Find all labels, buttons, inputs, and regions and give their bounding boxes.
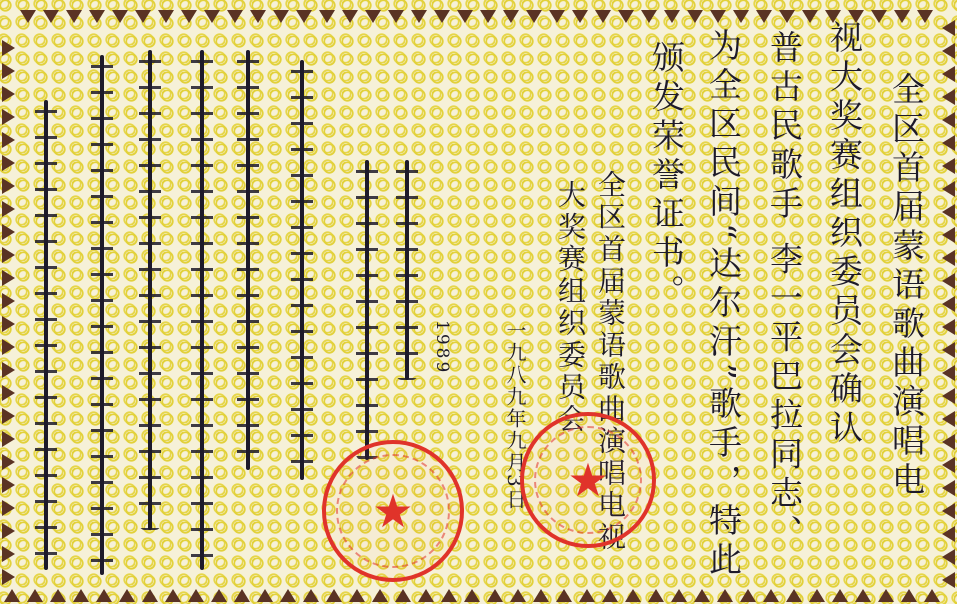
border-triangle — [2, 247, 15, 263]
chinese-column-1: 全区首届蒙语歌曲演唱电 — [890, 72, 923, 501]
border-triangle — [579, 589, 595, 602]
border-triangle — [942, 227, 955, 243]
border-triangle — [2, 385, 15, 401]
border-triangle — [273, 10, 289, 23]
border-triangle — [464, 589, 480, 602]
border-triangle — [641, 10, 657, 23]
border-triangle — [942, 526, 955, 542]
border-triangle — [942, 112, 955, 128]
border-triangle — [2, 201, 15, 217]
border-triangle — [924, 589, 940, 602]
border-triangle — [917, 10, 933, 23]
border-triangle — [204, 10, 220, 23]
border-triangle — [878, 589, 894, 602]
border-triangle — [20, 10, 36, 23]
border-triangle — [648, 589, 664, 602]
border-triangle — [549, 10, 565, 23]
right-border — [942, 20, 955, 588]
border-triangle — [395, 589, 411, 602]
border-triangle — [303, 589, 319, 602]
border-triangle — [441, 589, 457, 602]
border-triangle — [2, 109, 15, 125]
star-icon: ★ — [372, 488, 413, 534]
mongolian-column-1 — [300, 60, 304, 480]
border-triangle — [942, 204, 955, 220]
border-triangle — [165, 589, 181, 602]
border-triangle — [2, 293, 15, 309]
border-triangle — [942, 66, 955, 82]
border-triangle — [687, 10, 703, 23]
chinese-column-2: 视大奖赛组织委员会确认 — [828, 20, 861, 449]
mongolian-issuer-column-2 — [365, 160, 369, 460]
border-triangle — [740, 589, 756, 602]
border-triangle — [66, 10, 82, 23]
border-triangle — [96, 589, 112, 602]
border-triangle — [625, 589, 641, 602]
border-triangle — [227, 10, 243, 23]
border-triangle — [326, 589, 342, 602]
border-triangle — [388, 10, 404, 23]
border-triangle — [73, 589, 89, 602]
border-triangle — [942, 388, 955, 404]
mongolian-column-5 — [100, 55, 104, 575]
border-triangle — [664, 10, 680, 23]
border-triangle — [942, 135, 955, 151]
border-triangle — [2, 362, 15, 378]
border-triangle — [779, 10, 795, 23]
mongolian-column-4 — [148, 50, 152, 530]
border-triangle — [487, 589, 503, 602]
border-triangle — [411, 10, 427, 23]
border-triangle — [602, 589, 618, 602]
border-triangle — [2, 316, 15, 332]
mongolian-date: 1989 — [432, 320, 452, 375]
border-triangle — [342, 10, 358, 23]
border-triangle — [595, 10, 611, 23]
border-triangle — [942, 411, 955, 427]
chinese-column-3: 普古民歌手 李一平巴拉同志、 — [768, 30, 801, 554]
border-triangle — [717, 589, 733, 602]
border-triangle — [181, 10, 197, 23]
border-triangle — [27, 589, 43, 602]
border-triangle — [135, 10, 151, 23]
border-triangle — [2, 178, 15, 194]
bottom-border — [4, 589, 940, 602]
border-triangle — [942, 296, 955, 312]
border-triangle — [142, 589, 158, 602]
border-triangle — [418, 589, 434, 602]
border-triangle — [457, 10, 473, 23]
border-triangle — [296, 10, 312, 23]
border-triangle — [942, 503, 955, 519]
border-triangle — [510, 589, 526, 602]
border-triangle — [112, 10, 128, 23]
border-triangle — [2, 339, 15, 355]
top-border — [20, 10, 933, 23]
border-triangle — [694, 589, 710, 602]
chinese-column-4: 为全区民间“达尔汗”歌手，特此 — [707, 28, 740, 581]
border-triangle — [942, 480, 955, 496]
border-triangle — [503, 10, 519, 23]
border-triangle — [871, 10, 887, 23]
border-triangle — [942, 20, 955, 36]
border-triangle — [618, 10, 634, 23]
border-triangle — [942, 572, 955, 588]
border-triangle — [2, 454, 15, 470]
border-triangle — [257, 589, 273, 602]
border-triangle — [4, 589, 20, 602]
issuer-column-2: 大奖赛组织委员会 — [556, 180, 584, 436]
border-triangle — [2, 500, 15, 516]
border-triangle — [802, 10, 818, 23]
border-triangle — [2, 40, 15, 56]
border-triangle — [942, 549, 955, 565]
border-triangle — [756, 10, 772, 23]
border-triangle — [211, 589, 227, 602]
border-triangle — [572, 10, 588, 23]
border-triangle — [942, 457, 955, 473]
border-triangle — [942, 89, 955, 105]
border-triangle — [942, 365, 955, 381]
border-triangle — [556, 589, 572, 602]
left-border — [2, 40, 15, 585]
border-triangle — [43, 10, 59, 23]
border-triangle — [710, 10, 726, 23]
border-triangle — [855, 589, 871, 602]
mongolian-column-2 — [246, 50, 250, 470]
border-triangle — [832, 589, 848, 602]
right-seal: ★ — [520, 412, 656, 548]
border-triangle — [2, 477, 15, 493]
border-triangle — [809, 589, 825, 602]
chinese-column-5: 颁发荣誉证书。 — [650, 40, 683, 313]
border-triangle — [942, 273, 955, 289]
border-triangle — [2, 132, 15, 148]
border-triangle — [119, 589, 135, 602]
border-triangle — [365, 10, 381, 23]
border-triangle — [786, 589, 802, 602]
border-triangle — [2, 523, 15, 539]
border-triangle — [2, 408, 15, 424]
mongolian-issuer-column-1 — [405, 160, 409, 380]
border-triangle — [2, 63, 15, 79]
border-triangle — [2, 569, 15, 585]
border-triangle — [2, 546, 15, 562]
mongolian-column-6 — [44, 100, 48, 570]
border-triangle — [372, 589, 388, 602]
left-seal: ★ — [322, 440, 464, 582]
border-triangle — [942, 181, 955, 197]
border-triangle — [733, 10, 749, 23]
border-triangle — [942, 319, 955, 335]
border-triangle — [901, 589, 917, 602]
border-triangle — [89, 10, 105, 23]
border-triangle — [188, 589, 204, 602]
border-triangle — [234, 589, 250, 602]
border-triangle — [526, 10, 542, 23]
border-triangle — [533, 589, 549, 602]
border-triangle — [2, 155, 15, 171]
border-triangle — [942, 43, 955, 59]
border-triangle — [2, 224, 15, 240]
border-triangle — [942, 250, 955, 266]
border-triangle — [480, 10, 496, 23]
border-triangle — [158, 10, 174, 23]
border-triangle — [250, 10, 266, 23]
border-triangle — [280, 589, 296, 602]
star-icon: ★ — [567, 457, 608, 503]
border-triangle — [2, 431, 15, 447]
border-triangle — [434, 10, 450, 23]
border-triangle — [2, 270, 15, 286]
border-triangle — [671, 589, 687, 602]
border-triangle — [942, 158, 955, 174]
border-triangle — [894, 10, 910, 23]
border-triangle — [942, 342, 955, 358]
border-triangle — [50, 589, 66, 602]
border-triangle — [942, 434, 955, 450]
border-triangle — [319, 10, 335, 23]
border-triangle — [763, 589, 779, 602]
border-triangle — [2, 86, 15, 102]
mongolian-column-3 — [200, 50, 204, 570]
border-triangle — [349, 589, 365, 602]
